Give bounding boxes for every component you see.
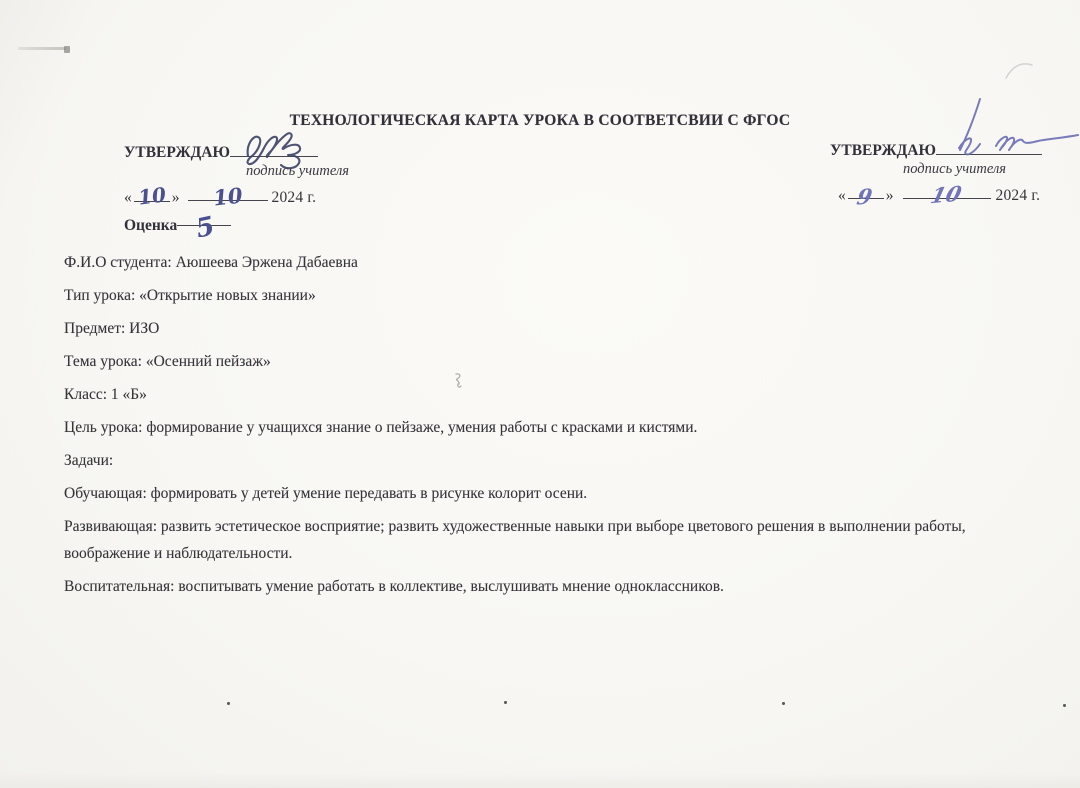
handwritten-grade: 5 (194, 213, 217, 242)
signature-line (230, 141, 318, 157)
scan-artifact-dot (782, 702, 785, 705)
scan-artifact-dot (227, 702, 230, 705)
date-row: «9»102024 г. (838, 182, 1080, 205)
body-line-task-educational: Воспитательная: воспитывать умение работ… (64, 573, 1054, 600)
body-line-tasks: Задачи: (64, 447, 1054, 474)
handwritten-month: 10 (929, 183, 964, 206)
approve-label: УТВЕРЖДАЮ (124, 144, 230, 161)
quote-open: « (838, 187, 846, 204)
scan-artifact-dot (1063, 704, 1066, 707)
signature-caption: подпись учителя (903, 161, 1080, 178)
body-line-goal: Цель урока: формирование у учащихся знан… (64, 414, 1054, 441)
body-line-student: Ф.И.О студента: Аюшеева Эржена Дабаевна (64, 249, 1054, 276)
body-line-lesson-type: Тип урока: «Открытие новых знании» (64, 282, 1054, 309)
signature-line (936, 139, 1042, 155)
grade-row: Оценка5 (124, 209, 424, 235)
quote-close: » (172, 189, 180, 206)
date-day-slot: 10 (134, 185, 170, 202)
handwritten-month: 10 (212, 185, 243, 209)
handwritten-day: 10 (137, 184, 167, 207)
scanned-document-page: ТЕХНОЛОГИЧЕСКАЯ КАРТА УРОКА В СООТВЕТСВИ… (0, 0, 1080, 788)
handwritten-day: 9 (856, 186, 875, 208)
signature-caption: подпись учителя (246, 163, 424, 180)
approval-sign-row: УТВЕРЖДАЮ (124, 141, 424, 162)
quote-open: « (124, 189, 132, 206)
approve-label: УТВЕРЖДАЮ (830, 142, 936, 159)
scan-artifact-line-tip (64, 46, 70, 53)
scan-artifact-dot (504, 701, 507, 704)
quote-close: » (886, 187, 894, 204)
date-day-slot: 9 (848, 182, 884, 199)
grade-label: Оценка (124, 217, 177, 234)
body-line-class: Класс: 1 «Б» (64, 381, 1054, 408)
body-line-task-developing: Развивающая: развить эстетическое воспри… (64, 513, 1022, 567)
body-line-subject: Предмет: ИЗО (64, 315, 1054, 342)
date-year: 2024 г. (996, 187, 1041, 204)
scan-artifact-line (18, 47, 66, 50)
grade-slot: 5 (177, 209, 231, 226)
body-line-topic: Тема урока: «Осенний пейзаж» (64, 348, 1054, 375)
date-row: «10»102024 г. (124, 184, 424, 207)
scan-artifact-crease (1004, 58, 1034, 80)
document-title: ТЕХНОЛОГИЧЕСКАЯ КАРТА УРОКА В СООТВЕТСВИ… (0, 112, 1080, 130)
date-month-slot: 10 (188, 184, 268, 201)
date-year: 2024 г. (272, 189, 317, 206)
approval-sign-row: УТВЕРЖДАЮ (830, 139, 1080, 160)
document-body: Ф.И.О студента: Аюшеева Эржена Дабаевна … (64, 249, 1054, 606)
date-month-slot: 10 (903, 182, 991, 199)
body-line-task-teaching: Обучающая: формировать у детей умение пе… (64, 480, 1054, 507)
approval-block-right: УТВЕРЖДАЮ подпись учителя «9»102024 г. (830, 139, 1080, 205)
approval-block-left: УТВЕРЖДАЮ подпись учителя «10»102024 г. … (124, 141, 424, 235)
